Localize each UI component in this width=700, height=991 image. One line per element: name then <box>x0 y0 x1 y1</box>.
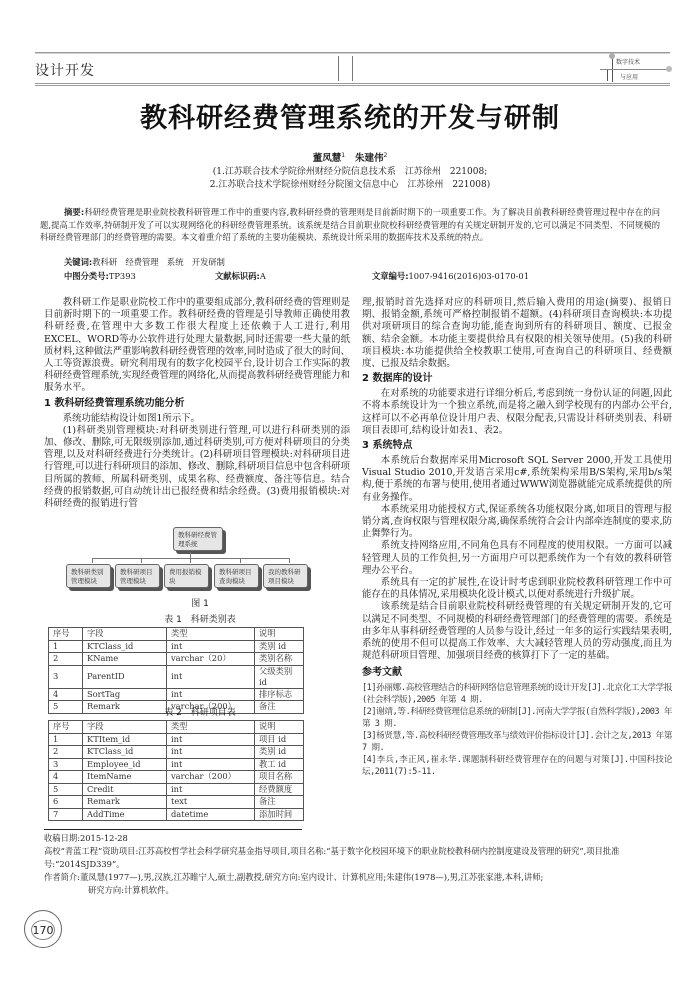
section-heading-3: 3 系统特点 <box>362 439 672 453</box>
references-heading: 参考文献 <box>362 666 672 680</box>
paragraph: 本系统采用功能授权方式,保证系统各功能权限分离,如项目的管理与报销分离,查询权限… <box>362 504 672 541</box>
table-row: 6Remarktext备注 <box>49 796 304 809</box>
paragraph: 本系统后台数据库采用Microsoft SQL Server 2000,开发工具… <box>362 455 672 504</box>
author-name: 朱建伟 <box>355 153 384 164</box>
table-row: 4ItemNamevarchar（200）项目名称 <box>49 771 304 784</box>
table-header-row: 序号 字段 类型 说明 <box>49 628 304 641</box>
header-divider <box>338 56 339 81</box>
table-row: 7AddTimedatetime添加时间 <box>49 808 304 821</box>
author-bio-cont: 研究方向:计算机软件。 <box>44 884 674 897</box>
diagram-child-node: 我的教科研项目模块 <box>263 564 308 588</box>
author-bio: 作者简介:董凤慧(1977—),男,汉族,江苏睢宁人,硕士,副教授,研究方向:室… <box>44 871 674 884</box>
paragraph: 理,报销时首先选择对应的科研项目,然后输入费用的用途(摘要)、报销日期、报销金额… <box>362 297 672 370</box>
logo-text-line1: 数字技术 <box>616 57 700 66</box>
diagram-child-node: 教科研项目管理模块 <box>115 564 160 588</box>
funding-note: 高校“青蓝工程”资助项目:江苏高校哲学社会科学研究基金指导项目,项目名称:“基于… <box>44 845 674 871</box>
affiliation-1: (1.江苏联合技术学院徐州财经分院信息技术系 江苏徐州 221008; <box>0 164 700 177</box>
journal-logo: 数字技术 与应用 <box>600 56 672 82</box>
keywords-label: 关键词: <box>64 257 92 267</box>
table-2: 序号 字段 类型 说明 1KTItem_idint项目 id 2KTClass_… <box>48 720 304 821</box>
reference-item: [2]谢靖,等.科研经费管理信息系统的研制[J].河南大学学报(自然科学版),2… <box>362 706 672 730</box>
author-line: 董凤慧1 朱建伟2 <box>0 150 700 164</box>
table-row: 1KTItem_idint项目 id <box>49 733 304 746</box>
table-row: 5Creditint经费额度 <box>49 783 304 796</box>
section-heading-1: 1 教科研经费管理系统功能分析 <box>44 397 350 411</box>
table-row: 2KNamevarchar（20）类别名称 <box>49 653 304 666</box>
logo-text-line2: 与应用 <box>620 72 700 81</box>
connector-line <box>92 558 290 559</box>
paragraph: 系统功能结构设计如图1所示下。 <box>44 413 350 425</box>
left-column: 教科研工作是职业院校工作中的重要组成部分,教科研经费的管理则是目前新时期下的一项… <box>44 297 350 510</box>
keywords: 关键词:教科研 经费管理 系统 开发研制 <box>64 256 225 268</box>
footnote-rule <box>44 829 302 830</box>
right-column: 理,报销时首先选择对应的科研项目,然后输入费用的用途(摘要)、报销日期、报销金额… <box>362 297 672 778</box>
figure-1-diagram: 教科研经费管理系统 教科研类别管理模块 教科研项目管理模块 费用报销模块 教科研… <box>60 527 350 597</box>
table-row: 4SortTagint排序标志 <box>49 688 304 701</box>
reference-item: [3]杨贤慧,等.高校科研经费管理改革与绩效评价指标设计[J].会计之友,201… <box>362 730 672 754</box>
table-row: 3Employee_idint教工 id <box>49 758 304 771</box>
paragraph: 在对系统的功能要求进行详细分析后,考虑到统一身份认证的问题,因此不将本系统设计为… <box>362 388 672 437</box>
diagram-root-node: 教科研经费管理系统 <box>173 527 223 551</box>
page-number-badge: 170 <box>24 910 62 948</box>
abstract: 摘要:科研经费管理是职业院校教科研管理工作中的重要内容,教科研经费的管理则是目前… <box>40 206 660 244</box>
table-header-row: 序号 字段 类型 说明 <box>49 721 304 734</box>
paragraph: 该系统是结合目前职业院校科研经费管理的有关规定研制开发的,它可以满足不同类型、不… <box>362 601 672 662</box>
figure-caption: 图 1 <box>0 596 400 609</box>
diagram-child-node: 费用报销模块 <box>164 564 209 588</box>
received-date: 收稿日期:2015-12-28 <box>44 832 674 845</box>
author-name: 董凤慧 <box>313 153 342 164</box>
diagram-child-node: 教科研项目查询模块 <box>214 564 259 588</box>
reference-item: [1]孙丽娜.高校管理结合的科研网络信息管理系统的设计开发[J].北京化工大学学… <box>362 682 672 706</box>
table-2-caption: 表 2 科研项目表 <box>0 705 400 718</box>
article-title: 教科研经费管理系统的开发与研制 <box>0 96 700 135</box>
footnotes: 收稿日期:2015-12-28 高校“青蓝工程”资助项目:江苏高校哲学社会科学研… <box>44 832 674 897</box>
table-row: 3ParentIDint父级类别 id <box>49 665 304 688</box>
author-superscript: 1 <box>341 152 345 159</box>
diagram-child-node: 教科研类别管理模块 <box>66 564 111 588</box>
abstract-label: 摘要: <box>64 207 84 217</box>
affiliation-2: 2.江苏联合技术学院徐州财经分院图文信息中心 江苏徐州 221008) <box>0 177 700 190</box>
author-superscript: 2 <box>383 152 387 159</box>
page-number: 170 <box>25 924 61 937</box>
paragraph: (1)科研类别管理模块:对科研类别进行管理,可以进行科研类别的添加、修改、删除,… <box>44 425 350 510</box>
paragraph: 系统支持网络应用,不同角色具有不同程度的使用权限。一方面可以减轻管理人员的工作负… <box>362 540 672 577</box>
header-divider <box>352 56 353 81</box>
section-heading-2: 2 数据库的设计 <box>362 372 672 386</box>
keywords-text: 教科研 经费管理 系统 开发研制 <box>92 257 225 267</box>
table-1-caption: 表 1 科研类别表 <box>0 612 400 625</box>
abstract-text: 科研经费管理是职业院校教科研管理工作中的重要内容,教科研经费的管理则是目前新时期… <box>40 207 660 242</box>
table-row: 1KTClass_idint类别 id <box>49 640 304 653</box>
document-code: 文献标识码:A <box>215 270 266 282</box>
paragraph: 系统具有一定的扩展性,在设计时考虑到职业院校教科研管理工作中可能存在的具体情况,… <box>362 577 672 601</box>
header-top-rule <box>35 52 670 54</box>
intro-paragraph: 教科研工作是职业院校工作中的重要组成部分,教科研经费的管理则是目前新时期下的一项… <box>44 297 350 395</box>
header-bottom-rule <box>35 83 670 86</box>
table-row: 2KTClass_idint类别 id <box>49 746 304 759</box>
table-1: 序号 字段 类型 说明 1KTClass_idint类别 id 2KNameva… <box>48 627 304 714</box>
reference-item: [4]李兵,李正风,崔永华.课题制科研经费管理存在的问题与对策[J].中国科技论… <box>362 754 672 778</box>
logo-dot-icon <box>609 53 615 59</box>
clc-number: 中图分类号:TP393 <box>64 270 136 282</box>
article-number: 文章编号:1007-9416(2016)03-0170-01 <box>372 270 529 282</box>
section-label: 设计开发 <box>35 60 95 80</box>
